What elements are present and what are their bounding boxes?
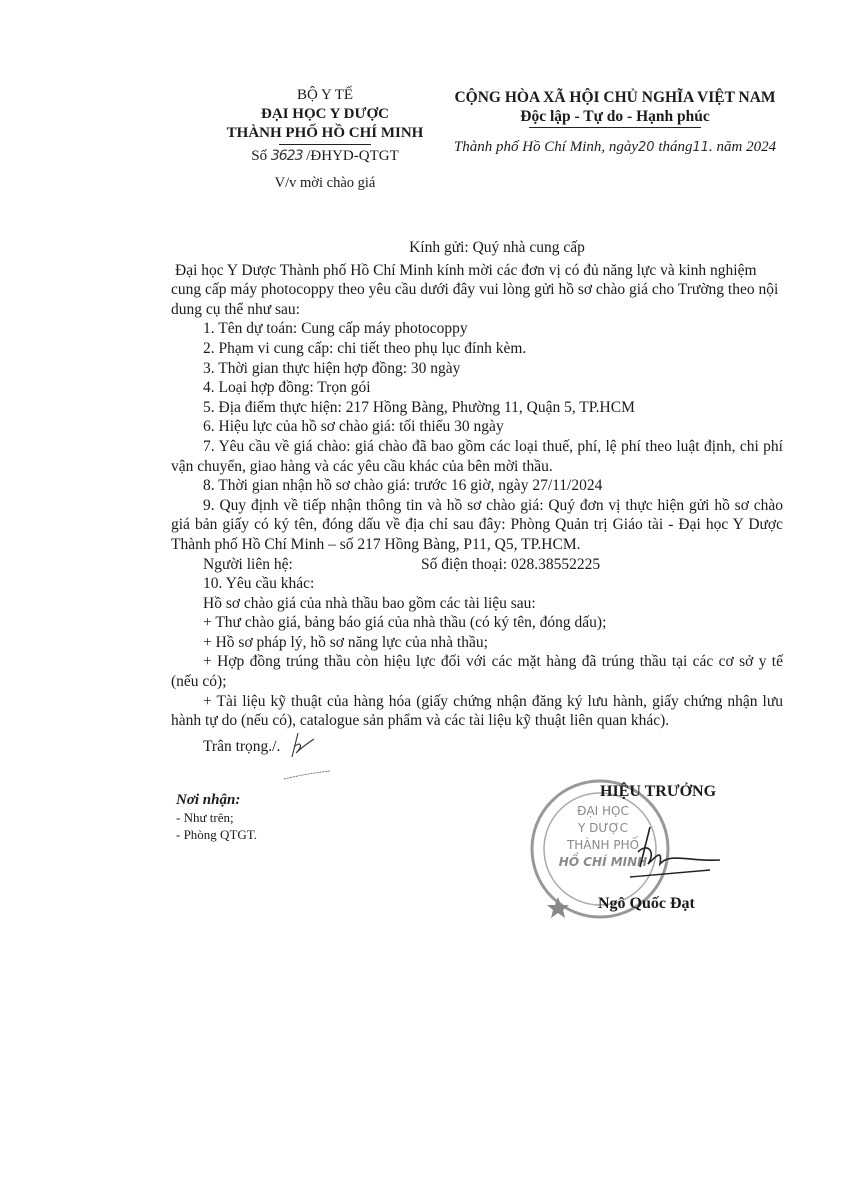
item-2: 2. Phạm vi cung cấp: chi tiết theo phụ l… <box>171 339 783 359</box>
contact-person-label: Người liên hệ: <box>203 555 421 575</box>
required-doc-2: + Hồ sơ pháp lý, hồ sơ năng lực của nhà … <box>171 633 783 653</box>
university-name-line1: ĐẠI HỌC Y DƯỢC <box>200 105 450 124</box>
item-8: 8. Thời gian nhận hồ sơ chào giá: trước … <box>171 476 783 496</box>
item-1: 1. Tên dự toán: Cung cấp máy photocoppy <box>171 319 783 339</box>
handwritten-signature-icon <box>630 822 730 882</box>
required-doc-3: + Hợp đồng trúng thầu còn hiệu lực đối v… <box>171 652 783 691</box>
greeting: Kính gửi: Quý nhà cung cấp <box>211 238 783 258</box>
signer-title: HIỆU TRƯỞNG <box>600 783 716 801</box>
item-3: 3. Thời gian thực hiện hợp đồng: 30 ngày <box>171 359 783 379</box>
document-date: Thành phố Hồ Chí Minh, ngày20 tháng11. n… <box>430 138 800 157</box>
required-doc-1: + Thư chào giá, bảng báo giá của nhà thầ… <box>171 613 783 633</box>
recipient-1: - Như trên; <box>176 809 257 826</box>
letter-body: Kính gửi: Quý nhà cung cấp Đại học Y Dượ… <box>171 238 783 759</box>
initials-signature-icon <box>284 731 318 759</box>
header-divider <box>279 144 371 145</box>
intro-paragraph: Đại học Y Dược Thành phố Hồ Chí Minh kín… <box>171 261 783 320</box>
country-name: CỘNG HÒA XÃ HỘI CHỦ NGHĨA VIỆT NAM <box>430 88 800 107</box>
handwritten-number: 3623 <box>271 148 303 164</box>
signer-name: Ngô Quốc Đạt <box>598 895 695 913</box>
item-10-title: 10. Yêu cầu khác: <box>171 574 783 594</box>
recipient-2: - Phòng QTGT. <box>176 826 257 843</box>
national-motto: Độc lập - Tự do - Hạnh phúc <box>430 107 800 126</box>
item-4: 4. Loại hợp đồng: Trọn gói <box>171 378 783 398</box>
item-6: 6. Hiệu lực của hồ sơ chào giá: tối thiể… <box>171 417 783 437</box>
contact-line: Người liên hệ: Số điện thoại: 028.385522… <box>171 555 783 575</box>
recipients-title: Nơi nhận: <box>176 792 257 809</box>
document-number: Số 3623 /ĐHYD-QTGT <box>200 147 450 166</box>
initials-stroke-icon <box>282 770 332 780</box>
ministry-name: BỘ Y TẾ <box>200 86 450 105</box>
university-name-line2: THÀNH PHỐ HỒ CHÍ MINH <box>200 124 450 143</box>
handwritten-day: 20 <box>638 140 655 155</box>
contact-phone: Số điện thoại: 028.38552225 <box>421 555 600 575</box>
item-10-lead: Hồ sơ chào giá của nhà thầu bao gồm các … <box>171 594 783 614</box>
required-doc-4: + Tài liệu kỹ thuật của hàng hóa (giấy c… <box>171 692 783 731</box>
closing: Trân trọng./. <box>171 731 783 759</box>
issuer-header: BỘ Y TẾ ĐẠI HỌC Y DƯỢC THÀNH PHỐ HỒ CHÍ … <box>200 86 450 193</box>
document-subject: V/v mời chào giá <box>200 174 450 193</box>
national-header: CỘNG HÒA XÃ HỘI CHỦ NGHĨA VIỆT NAM Độc l… <box>430 88 800 157</box>
item-5: 5. Địa điểm thực hiện: 217 Hồng Bàng, Ph… <box>171 398 783 418</box>
recipients-block: Nơi nhận: - Như trên; - Phòng QTGT. <box>176 792 257 843</box>
item-9: 9. Quy định về tiếp nhận thông tin và hồ… <box>171 496 783 555</box>
motto-divider <box>529 127 701 128</box>
item-7: 7. Yêu cầu về giá chào: giá chào đã bao … <box>171 437 783 476</box>
handwritten-month: 11 <box>693 140 710 155</box>
